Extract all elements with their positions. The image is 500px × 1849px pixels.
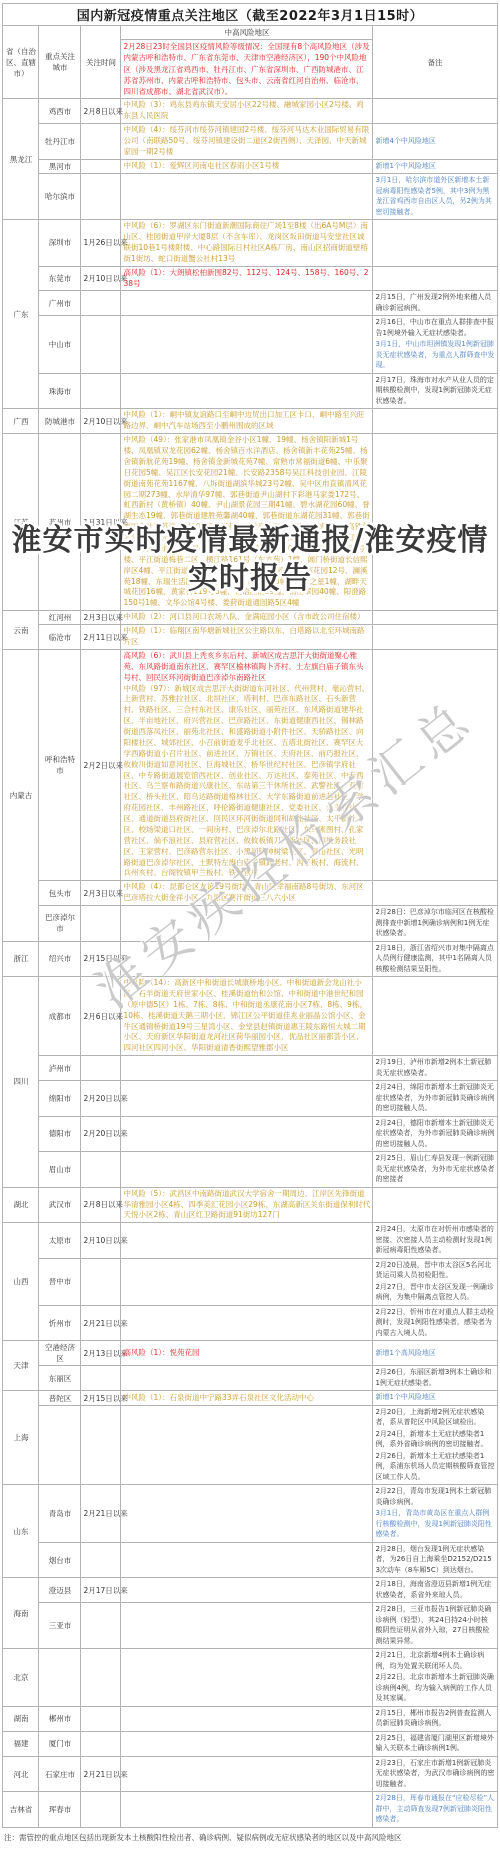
note-cell: 2月18日，浙江省绍兴市对集中隔离点人员例行健康监测，其中1名隔离人员核酸检测结… bbox=[373, 941, 497, 977]
risk-cell bbox=[121, 1366, 373, 1391]
table-row: 河北石家庄市2月21日以来2月23日，石家庄市新增1例新冠肺炎无症状感染者，为武… bbox=[3, 1756, 497, 1792]
city-cell: 武汉市 bbox=[39, 1187, 81, 1223]
table-row: 三亚市2月28日，三亚市报告1例新冠肺炎确诊病例（轻型），其24日持24小时核酸… bbox=[3, 1603, 497, 1649]
time-cell bbox=[81, 373, 121, 409]
risk-cell: 中风险（2）：河口县河口农场八队、金满庭园小区（含市政公司住宿楼） bbox=[121, 611, 373, 625]
city-cell: 泸州市 bbox=[39, 1056, 81, 1081]
mid-risk-text: 中风险（1）：爱辉区河南屯社区春雨小区1号楼 bbox=[123, 161, 370, 172]
table-row: 珠海市2月17日，珠海市对水产从业人员的定期核酸检测中，发现1例新冠肺炎无症状感… bbox=[3, 373, 497, 409]
time-cell bbox=[81, 1649, 121, 1707]
footer-note: 注：需管控的重点地区包括出现新发本土核酸阳性检出者、确诊病例、疑似病例或无症状感… bbox=[2, 1830, 498, 1849]
city-cell: 绵阳市 bbox=[39, 1081, 81, 1117]
note-cell: 2月22日，青岛市发现1例本土新冠肺炎确诊病例。3月1日，青岛市黄岛区在重点人群… bbox=[373, 1485, 497, 1543]
province-cell: 湖北 bbox=[3, 1187, 39, 1223]
time-cell bbox=[81, 906, 121, 942]
table-row: 临沧市2月11日以来中风险（1）：临翔区南华塘新城社区公主路以东、白塔路以北至环… bbox=[3, 625, 497, 650]
time-cell: 2月3日以来 bbox=[81, 611, 121, 625]
note-text-blue: 3月1日，中山市坦洲镇发现1例新冠肺炎无症状感染者，为重点人群筛查中发现。 bbox=[375, 339, 494, 371]
province-cell: 江苏 bbox=[3, 434, 39, 611]
risk-cell bbox=[121, 1706, 373, 1731]
province-cell: 浙江 bbox=[3, 941, 39, 977]
mid-risk-text: 中风险（97）：新城区成吉思汗大街街道东河社区、代州营村、毫沁营村、上新营村、苏… bbox=[123, 684, 370, 880]
time-cell: 2月6日以来 bbox=[81, 977, 121, 1056]
note-cell: 新增1个中风险地区 bbox=[373, 1391, 497, 1406]
time-cell: 2月3日以来 bbox=[81, 881, 121, 906]
high-risk-text: 高风险（6）：武川县上秃亥乡东后村、新城区成吉思汗大街街道聚心雅苑、东风路街道南… bbox=[123, 651, 370, 684]
city-cell: 眉山市 bbox=[39, 1152, 81, 1188]
time-cell: 2月10日以来 bbox=[81, 266, 121, 291]
note-cell: 2月25日，福建省厦门湖里区新增境外输入关联本土确诊病例1例。 bbox=[373, 1731, 497, 1756]
note-cell: 2月17日，珠海市对水产从业人员的定期核酸检测中，发现1例新冠肺炎无症状感染者。 bbox=[373, 373, 497, 409]
note-text-blue: 新增1个高风险地区 bbox=[375, 1348, 494, 1359]
note-text: 2月26日，新增本土无症状感染者1例，系浦东机场人员定期核酸筛查管控区域工作人员… bbox=[375, 1451, 494, 1483]
note-cell: 2月18日，海南省澄迈县新增1例无症状感染者，系省外来琼人员。 bbox=[373, 1578, 497, 1603]
note-text: 2月20日，上海新增2例无症状感染者，系从普陀区中风险区域检出。 bbox=[375, 1407, 494, 1428]
mid-risk-text: 中风险（6）：罗湖区东门街道新潮国际商住广场1至8楼（出6A号M层）南山区、桂园… bbox=[123, 221, 370, 265]
note-cell bbox=[373, 881, 497, 906]
note-cell: 2月15日，广州发现2例外地来穗人员确诊新冠病例。 bbox=[373, 291, 497, 316]
table-row: 广州市2月15日，广州发现2例外地来穗人员确诊新冠病例。 bbox=[3, 291, 497, 316]
time-cell: 1月26日以来 bbox=[81, 220, 121, 267]
province-cell: 山东 bbox=[3, 1485, 39, 1578]
province-cell: 吉林省 bbox=[3, 1792, 39, 1828]
table-row: 湖北武汉市2月8日以来中风险（5）：武昌区中南路街道武汉大学宿舍一期周边、江岸区… bbox=[3, 1187, 497, 1223]
note-text-blue: 新增1个中风险地区 bbox=[375, 1392, 494, 1403]
risk-cell bbox=[121, 373, 373, 409]
table-row: 四川成都市2月6日以来中风险（14）：高新区中和街道长城康桥地小区、中和街道新会… bbox=[3, 977, 497, 1056]
mid-risk-text: 中风险（5）：武昌区中南路街道武汉大学宿舍一期周边、江岸区先锋街道华清雅园小区4… bbox=[123, 1189, 370, 1222]
time-cell bbox=[81, 174, 121, 220]
risk-cell: 中风险（1）：石泉街道中宁路33弄石泉社区文化活动中心 bbox=[121, 1391, 373, 1406]
risk-cell bbox=[121, 174, 373, 220]
table-row: 天津空港经济区2月13日以来高风险（1）：悦苑花园新增1个高风险地区 bbox=[3, 1341, 497, 1366]
note-text: 2月16日，中山市在重点人群排查中报告1例境外输入无症状感染者。 bbox=[375, 317, 494, 338]
risk-cell bbox=[121, 1485, 373, 1543]
note-text: 2月15日，广州发现2例外地来穗人员确诊新冠病例。 bbox=[375, 292, 494, 313]
time-cell: 2月10日以来 bbox=[81, 1223, 121, 1259]
risk-cell bbox=[121, 1223, 373, 1259]
risk-cell: 中风险（1）：临翔区南华塘新城社区公主路以东、白塔路以北至环城南路片区 bbox=[121, 625, 373, 650]
mid-risk-text: 中风险（3）：鸡东县鸡东镇天安居小区22号楼、融城家园小区2号楼、鸡东县人民医院 bbox=[123, 100, 370, 122]
risk-cell bbox=[121, 1542, 373, 1578]
time-cell bbox=[81, 1603, 121, 1649]
column-header-time: 关注时间 bbox=[81, 26, 121, 99]
high-risk-text: 高风险（1）：大朗镇松柏新围82号、112号、124号、158号、160号、23… bbox=[123, 268, 370, 290]
risk-table: 国内新冠疫情重点关注地区（截至2022年3月1日15时） 省（自治区、直辖市） … bbox=[2, 3, 497, 1828]
note-cell: 新增1个中风险地区 bbox=[373, 159, 497, 174]
title-row: 国内新冠疫情重点关注地区（截至2022年3月1日15时） bbox=[3, 4, 497, 26]
note-text: 2月24日，太原市在对忻州市感染者的密接、次密接人员主动检测时发现1例新冠病毒阳… bbox=[375, 1224, 494, 1256]
risk-cell: 中风险（49）：张家港市凤凰镇金谷小区1幢、19幢、杨舍镇阳新城1号楼、凤凰镇双… bbox=[121, 434, 373, 611]
time-cell bbox=[81, 1792, 121, 1828]
province-cell: 云南 bbox=[3, 611, 39, 650]
table-row: 2月20日，上海新增2例无症状感染者，系从普陀区中风险区域检出。2月24日，新增… bbox=[3, 1405, 497, 1485]
page-title: 国内新冠疫情重点关注地区（截至2022年3月1日15时） bbox=[3, 4, 497, 26]
note-cell bbox=[373, 266, 497, 291]
mid-risk-text: 中风险（2）：河口县河口农场八队、金满庭园小区（含市政公司住宿楼） bbox=[123, 612, 370, 623]
city-cell: 红河州 bbox=[39, 611, 81, 625]
time-cell bbox=[81, 291, 121, 316]
time-cell: 1月31日以来 bbox=[81, 434, 121, 611]
city-cell: 忻州市 bbox=[39, 1305, 81, 1341]
risk-cell bbox=[121, 941, 373, 977]
risk-cell: 高风险（1）：悦苑花园 bbox=[121, 1341, 373, 1366]
risk-cell bbox=[121, 1152, 373, 1188]
note-cell: 2月24日，德阳市新增本土新冠肺炎无症状感染者，为外市新冠肺炎确诊病例的密切接触… bbox=[373, 1116, 497, 1152]
city-cell: 深圳市 bbox=[39, 220, 81, 267]
city-cell: 东丽区 bbox=[39, 1366, 81, 1391]
table-row: 江苏苏州市1月31日以来中风险（49）：张家港市凤凰镇金谷小区1幢、19幢、杨舍… bbox=[3, 434, 497, 611]
time-cell: 2月17日以来 bbox=[81, 1578, 121, 1603]
table-row: 泸州市2月19日，泸州市新增2例本土新冠肺炎无症状感染者。 bbox=[3, 1056, 497, 1081]
note-text-blue: 新增4个中风险地区 bbox=[375, 136, 494, 147]
note-cell: 2月20日凌晨，晋中市太谷区5名河北货运司乘人员初检阳性。2月27日，晋中市太谷… bbox=[373, 1258, 497, 1305]
note-text: 2月24日，德阳市新增本土新冠肺炎无症状感染者，为外市新冠肺炎确诊病例的密切接触… bbox=[375, 1118, 494, 1150]
table-row: 晋中市2月20日凌晨，晋中市太谷区5名河北货运司乘人员初检阳性。2月27日，晋中… bbox=[3, 1258, 497, 1305]
note-text: 2月28日，烟台发现1例无症状感染者，为26日自上海乘坐D2152/D2153次… bbox=[375, 1544, 494, 1576]
table-row: 哈尔滨市3月1日，哈尔滨市道外区新增本土新冠病毒阳性感染者5例，其中3例为黑龙江… bbox=[3, 174, 497, 220]
note-text: 2月18日，海南省澄迈县新增1例无症状感染者，系省外来琼人员。 bbox=[375, 1579, 494, 1600]
city-cell: 防城港市 bbox=[39, 409, 81, 434]
note-cell: 2月24日，太原市在对忻州市感染者的密接、次密接人员主动检测时发现1例新冠病毒阳… bbox=[373, 1223, 497, 1259]
province-cell: 黑龙江 bbox=[3, 99, 39, 220]
province-cell: 上海 bbox=[3, 1391, 39, 1485]
note-cell: 2月28日，烟台发现1例无症状感染者，为26日自上海乘坐D2152/D2153次… bbox=[373, 1542, 497, 1578]
note-cell bbox=[373, 220, 497, 267]
table-row: 湖南郴州市2月15日，郴州市报告2例普查监测人员新冠肺炎确诊病例。 bbox=[3, 1706, 497, 1731]
risk-cell bbox=[121, 1405, 373, 1485]
risk-cell bbox=[121, 1731, 373, 1756]
mid-risk-text: 中风险（1）：石泉街道中宁路33弄石泉社区文化活动中心 bbox=[123, 1393, 370, 1404]
time-cell: 2月21日以来 bbox=[81, 1485, 121, 1543]
province-cell: 山西 bbox=[3, 1223, 39, 1341]
note-cell: 2月28日，三亚市报告1例新冠肺炎确诊病例（轻型），其24日持24小时核酸阴性证… bbox=[373, 1603, 497, 1649]
note-cell bbox=[373, 649, 497, 880]
province-cell: 河北 bbox=[3, 1756, 39, 1792]
note-cell: 2月28日：巴彦淖尔市临河区在核酸检测排查中新增1例确诊病例和1例无症状感染者。 bbox=[373, 906, 497, 942]
table-row: 云南红河州2月3日以来中风险（2）：河口县河口农场八队、金满庭园小区（含市政公司… bbox=[3, 611, 497, 625]
note-text-blue: 2月28日，珲春市通报在“应检尽检”人群中，主动筛查发现7例新冠肺炎阳性感染者。 bbox=[375, 1793, 494, 1825]
note-cell bbox=[373, 625, 497, 650]
time-cell bbox=[81, 1731, 121, 1756]
column-header-note: 备注 bbox=[373, 26, 497, 99]
note-cell bbox=[373, 977, 497, 1056]
note-text: 2月28日，三亚市报告1例新冠肺炎确诊病例（轻型），其24日持24小时核酸阴性证… bbox=[375, 1604, 494, 1646]
mid-risk-text: 中风险（49）：张家港市凤凰镇金谷小区1幢、19幢、杨舍镇阳新城1号楼、凤凰镇双… bbox=[123, 435, 370, 609]
province-cell: 广东 bbox=[3, 220, 39, 409]
time-cell: 2月20日以来 bbox=[81, 1116, 121, 1152]
province-cell: 海南 bbox=[3, 1578, 39, 1649]
note-text: 2月26日，东丽区新增3例本土确诊和1例无症状感染者。 bbox=[375, 1367, 494, 1388]
note-cell: 2月21日，北京新增4例本土确诊病例，均为处置关联闭环人员。2月22日，北京市新… bbox=[373, 1649, 497, 1707]
city-cell bbox=[39, 1405, 81, 1485]
risk-cell bbox=[121, 1056, 373, 1081]
report-page: 国内新冠疫情重点关注地区（截至2022年3月1日15时） 省（自治区、直辖市） … bbox=[0, 0, 500, 1849]
city-cell: 三亚市 bbox=[39, 1603, 81, 1649]
note-text: 2月25日，眉山仁寿县发现一例新冠肺炎无症状感染者，为外市无症状感染者的密接者 bbox=[375, 1153, 494, 1185]
note-cell: 新增1个高风险地区 bbox=[373, 1341, 497, 1366]
time-cell: 2月21日以来 bbox=[81, 1756, 121, 1792]
note-text: 2月22日，北京市新增本土新冠肺炎确诊病例4例，均为输入病例的工作人员及其家属。 bbox=[375, 1672, 494, 1704]
city-cell: 德阳市 bbox=[39, 1116, 81, 1152]
note-cell bbox=[373, 409, 497, 434]
note-text: 2月20日凌晨，晋中市太谷区5名河北货运司乘人员初检阳性。 bbox=[375, 1260, 494, 1281]
note-text: 2月24日，绵阳市新增本土新冠肺炎无症状感染者，为外市新冠肺炎确诊病例的密切接触… bbox=[375, 1082, 494, 1114]
risk-cell bbox=[121, 1258, 373, 1305]
risk-cell bbox=[121, 906, 373, 942]
time-cell bbox=[81, 1706, 121, 1731]
city-cell: 青岛市 bbox=[39, 1485, 81, 1543]
note-cell bbox=[373, 1187, 497, 1223]
high-risk-text: 高风险（1）：悦苑花园 bbox=[123, 1348, 370, 1359]
table-row: 中山市2月16日，中山市在重点人群排查中报告1例境外输入无症状感染者。3月1日，… bbox=[3, 316, 497, 374]
note-cell: 2月25日，眉山仁寿县发现一例新冠肺炎无症状感染者，为外市无症状感染者的密接者 bbox=[373, 1152, 497, 1188]
province-cell: 北京 bbox=[3, 1649, 39, 1707]
table-row: 忻州市2月21日以来2月22日，忻州市在对重点人群主动检测时，发现1例阳性感染者… bbox=[3, 1305, 497, 1341]
city-cell: 牡丹江市 bbox=[39, 124, 81, 160]
table-row: 广东深圳市1月26日以来中风险（6）：罗湖区东门街道新潮国际商住广场1至8楼（出… bbox=[3, 220, 497, 267]
risk-cell bbox=[121, 291, 373, 316]
note-text-blue: 新增1个中风险地区 bbox=[375, 161, 494, 172]
note-text: 2月22日，忻州市在对重点人群主动检测时，发现1例阳性感染者，感染者为内蒙古入境… bbox=[375, 1307, 494, 1339]
column-header-province: 省（自治区、直辖市） bbox=[3, 26, 39, 99]
table-row: 东莞市2月10日以来高风险（1）：大朗镇松柏新围82号、112号、124号、15… bbox=[3, 266, 497, 291]
city-cell: 烟台市 bbox=[39, 1542, 81, 1578]
city-cell: 珠海市 bbox=[39, 373, 81, 409]
city-cell: 苏州市 bbox=[39, 434, 81, 611]
table-row: 浙江绍兴市2月15日以来2月18日，浙江省绍兴市对集中隔离点人员例行健康监测，其… bbox=[3, 941, 497, 977]
note-cell: 新增4个中风险地区 bbox=[373, 124, 497, 160]
risk-cell: 中风险（6）：罗湖区东门街道新潮国际商住广场1至8楼（出6A号M层）南山区、桂园… bbox=[121, 220, 373, 267]
mid-risk-text: 中风险（4）：绥芬河市绥芬河镇建国2号楼、绥芬河马达木业国际贸易有限公司（南联路… bbox=[123, 125, 370, 158]
table-body: 黑龙江鸡西市2月8日以来中风险（3）：鸡东县鸡东镇天安居小区22号楼、融城家园小… bbox=[3, 99, 497, 1828]
national-risk-summary: 2月28日23时全国县区疫情风险等级情况：全国现有8个高风险地区（涉及内蒙古呼和… bbox=[121, 40, 373, 99]
time-cell bbox=[81, 159, 121, 174]
column-header-row: 省（自治区、直辖市） 重点关注城市 关注时间 中高风险地区 备注 bbox=[3, 26, 497, 40]
table-row: 吉林省珲春市2月28日，珲春市通报在“应检尽检”人群中，主动筛查发现7例新冠肺炎… bbox=[3, 1792, 497, 1828]
note-text: 2月23日，石家庄市新增1例新冠肺炎无症状感染者，为武汉市确诊病例的密切接触者。 bbox=[375, 1758, 494, 1790]
column-header-city: 重点关注城市 bbox=[39, 26, 81, 99]
table-row: 上海普陀区2月15日以来中风险（1）：石泉街道中宁路33弄石泉社区文化活动中心新… bbox=[3, 1391, 497, 1406]
note-text: 2月28日：巴彦淖尔市临河区在核酸检测排查中新增1例确诊病例和1例无症状感染者。 bbox=[375, 907, 494, 939]
table-row: 烟台市2月28日，烟台发现1例无症状感染者，为26日自上海乘坐D2152/D21… bbox=[3, 1542, 497, 1578]
time-cell: 2月15日以来 bbox=[81, 1391, 121, 1406]
city-cell: 晋中市 bbox=[39, 1258, 81, 1305]
time-cell bbox=[81, 1152, 121, 1188]
province-cell: 湖南 bbox=[3, 1706, 39, 1731]
note-cell: 2月24日，绵阳市新增本土新冠肺炎无症状感染者，为外市新冠肺炎确诊病例的密切接触… bbox=[373, 1081, 497, 1117]
risk-cell bbox=[121, 1305, 373, 1341]
city-cell: 珲春市 bbox=[39, 1792, 81, 1828]
table-row: 巴彦淖尔市2月28日：巴彦淖尔市临河区在核酸检测排查中新增1例确诊病例和1例无症… bbox=[3, 906, 497, 942]
province-cell: 天津 bbox=[3, 1341, 39, 1391]
note-cell: 2月26日，东丽区新增3例本土确诊和1例无症状感染者。 bbox=[373, 1366, 497, 1391]
note-text: 2月24日，新增本土无症状感染者1例，系外省确诊病例的密切接触者。 bbox=[375, 1429, 494, 1450]
city-cell: 巴彦淖尔市 bbox=[39, 906, 81, 942]
time-cell: 2月21日以来 bbox=[81, 1305, 121, 1341]
table-row: 北京2月21日，北京新增4例本土确诊病例，均为处置关联闭环人员。2月22日，北京… bbox=[3, 1649, 497, 1707]
time-cell bbox=[81, 1405, 121, 1485]
time-cell: 2月8日以来 bbox=[81, 1187, 121, 1223]
city-cell: 鸡西市 bbox=[39, 99, 81, 124]
risk-cell bbox=[121, 1792, 373, 1828]
city-cell: 太原市 bbox=[39, 1223, 81, 1259]
risk-cell bbox=[121, 1649, 373, 1707]
risk-cell bbox=[121, 1603, 373, 1649]
province-cell: 四川 bbox=[3, 977, 39, 1188]
note-text: 2月21日，北京新增4例本土确诊病例，均为处置关联闭环人员。 bbox=[375, 1650, 494, 1671]
note-text: 2月18日，浙江省绍兴市对集中隔离点人员例行健康监测，其中1名隔离人员核酸检测结… bbox=[375, 943, 494, 975]
time-cell bbox=[81, 1056, 121, 1081]
mid-risk-text: 中风险（1）：临翔区南华塘新城社区公主路以东、白塔路以北至环城南路片区 bbox=[123, 626, 370, 648]
city-cell: 厦门市 bbox=[39, 1731, 81, 1756]
table-row: 东丽区2月26日，东丽区新增3例本土确诊和1例无症状感染者。 bbox=[3, 1366, 497, 1391]
city-cell: 石家庄市 bbox=[39, 1756, 81, 1792]
province-cell: 福建 bbox=[3, 1731, 39, 1756]
risk-cell bbox=[121, 1578, 373, 1603]
risk-cell bbox=[121, 1756, 373, 1792]
mid-risk-text: 中风险（4）：昆都仑区友谊19号街坊、青山区幸福南路8号街坊、东河区巴彦塔拉大街… bbox=[123, 882, 370, 904]
risk-cell bbox=[121, 316, 373, 374]
note-text: 2月15日，郴州市报告2例普查监测人员新冠肺炎确诊病例。 bbox=[375, 1708, 494, 1729]
time-cell: 2月15日以来 bbox=[81, 941, 121, 977]
table-row: 黑河市中风险（1）：爱辉区河南屯社区春雨小区1号楼新增1个中风险地区 bbox=[3, 159, 497, 174]
note-cell: 2月22日，忻州市在对重点人群主动检测时，发现1例阳性感染者，感染者为内蒙古入境… bbox=[373, 1305, 497, 1341]
table-row: 包头市2月3日以来中风险（4）：昆都仑区友谊19号街坊、青山区幸福南路8号街坊、… bbox=[3, 881, 497, 906]
city-cell: 普陀区 bbox=[39, 1391, 81, 1406]
city-cell: 中山市 bbox=[39, 316, 81, 374]
time-cell: 2月11日以来 bbox=[81, 625, 121, 650]
time-cell bbox=[81, 1366, 121, 1391]
table-row: 牡丹江市中风险（4）：绥芬河市绥芬河镇建国2号楼、绥芬河马达木业国际贸易有限公司… bbox=[3, 124, 497, 160]
risk-cell bbox=[121, 1081, 373, 1117]
city-cell: 临沧市 bbox=[39, 625, 81, 650]
note-text-blue: 3月1日，青岛市黄岛区在重点人群例行核酸检测中，发现1例新冠肺炎阳性感染者。 bbox=[375, 1508, 494, 1540]
city-cell: 呼和浩特市 bbox=[39, 649, 81, 880]
table-row: 黑龙江鸡西市2月8日以来中风险（3）：鸡东县鸡东镇天安居小区22号楼、融城家园小… bbox=[3, 99, 497, 124]
note-cell: 2月23日，石家庄市新增1例新冠肺炎无症状感染者，为武汉市确诊病例的密切接触者。 bbox=[373, 1756, 497, 1792]
table-row: 广西防城港市2月10日以来中风险（1）：峒中镇友谊路口至峒中边贸出口加工区卡口、… bbox=[3, 409, 497, 434]
city-cell: 空港经济区 bbox=[39, 1341, 81, 1366]
note-text-blue: 3月1日，哈尔滨市道外区新增本土新冠病毒阳性感染者5例，其中3例为黑龙江省鸡西市… bbox=[375, 175, 494, 217]
time-cell: 2月20日以来 bbox=[81, 1081, 121, 1117]
note-cell: 2月19日，泸州市新增2例本土新冠肺炎无症状感染者。 bbox=[373, 1056, 497, 1081]
table-row: 德阳市2月20日以来2月24日，德阳市新增本土新冠肺炎无症状感染者，为外市新冠肺… bbox=[3, 1116, 497, 1152]
city-cell: 广州市 bbox=[39, 291, 81, 316]
table-row: 眉山市2月25日，眉山仁寿县发现一例新冠肺炎无症状感染者，为外市无症状感染者的密… bbox=[3, 1152, 497, 1188]
city-cell: 包头市 bbox=[39, 881, 81, 906]
city-cell: 成都市 bbox=[39, 977, 81, 1056]
table-row: 山西太原市2月10日以来2月24日，太原市在对忻州市感染者的密接、次密接人员主动… bbox=[3, 1223, 497, 1259]
risk-cell: 中风险（1）：爱辉区河南屯社区春雨小区1号楼 bbox=[121, 159, 373, 174]
note-cell: 3月1日，哈尔滨市道外区新增本土新冠病毒阳性感染者5例，其中3例为黑龙江省鸡西市… bbox=[373, 174, 497, 220]
risk-cell: 中风险（4）：昆都仑区友谊19号街坊、青山区幸福南路8号街坊、东河区巴彦塔拉大街… bbox=[121, 881, 373, 906]
note-text: 2月17日，珠海市对水产从业人员的定期核酸检测中，发现1例新冠肺炎无症状感染者。 bbox=[375, 375, 494, 407]
risk-cell: 中风险（14）：高新区中和街道长城康桥地小区、中和街道新会龙山社小区、石羊街道天… bbox=[121, 977, 373, 1056]
note-cell: 2月15日，郴州市报告2例普查监测人员新冠肺炎确诊病例。 bbox=[373, 1706, 497, 1731]
risk-cell: 中风险（3）：鸡东县鸡东镇天安居小区22号楼、融城家园小区2号楼、鸡东县人民医院 bbox=[121, 99, 373, 124]
risk-cell: 中风险（4）：绥芬河市绥芬河镇建国2号楼、绥芬河马达木业国际贸易有限公司（南联路… bbox=[121, 124, 373, 160]
city-cell: 哈尔滨市 bbox=[39, 174, 81, 220]
table-row: 山东青岛市2月21日以来2月22日，青岛市发现1例本土新冠肺炎确诊病例。3月1日… bbox=[3, 1485, 497, 1543]
risk-cell: 高风险（1）：大朗镇松柏新围82号、112号、124号、158号、160号、23… bbox=[121, 266, 373, 291]
note-cell bbox=[373, 434, 497, 611]
time-cell: 2月10日以来 bbox=[81, 409, 121, 434]
time-cell: 2月13日以来 bbox=[81, 1341, 121, 1366]
time-cell bbox=[81, 124, 121, 160]
table-row: 绵阳市2月20日以来2月24日，绵阳市新增本土新冠肺炎无症状感染者，为外市新冠肺… bbox=[3, 1081, 497, 1117]
city-cell: 绍兴市 bbox=[39, 941, 81, 977]
risk-cell bbox=[121, 1116, 373, 1152]
mid-risk-text: 中风险（1）：峒中镇友谊路口至峒中边贸出口加工区卡口、峒中路至兴旺路边界、峒中汽… bbox=[123, 410, 370, 432]
table-row: 海南澄迈县2月17日以来2月18日，海南省澄迈县新增1例无症状感染者，系省外来琼… bbox=[3, 1578, 497, 1603]
time-cell bbox=[81, 1258, 121, 1305]
note-cell: 2月16日，中山市在重点人群排查中报告1例境外输入无症状感染者。3月1日，中山市… bbox=[373, 316, 497, 374]
time-cell bbox=[81, 1542, 121, 1578]
note-text: 2月22日，青岛市发现1例本土新冠肺炎确诊病例。 bbox=[375, 1486, 494, 1507]
time-cell bbox=[81, 316, 121, 374]
city-cell: 东莞市 bbox=[39, 266, 81, 291]
province-cell: 广西 bbox=[3, 409, 39, 434]
note-text: 2月27日，晋中市太谷区发现一例确诊病例，为集中隔离点管控人员。 bbox=[375, 1282, 494, 1303]
note-text: 2月19日，泸州市新增2例本土新冠肺炎无症状感染者。 bbox=[375, 1057, 494, 1078]
column-header-risk: 中高风险地区 bbox=[121, 26, 373, 40]
note-cell: 2月20日，上海新增2例无症状感染者，系从普陀区中风险区域检出。2月24日，新增… bbox=[373, 1405, 497, 1485]
time-cell: 2月8日以来 bbox=[81, 99, 121, 124]
note-cell bbox=[373, 99, 497, 124]
city-cell bbox=[39, 1649, 81, 1707]
city-cell: 澄迈县 bbox=[39, 1578, 81, 1603]
table-row: 福建厦门市2月25日，福建省厦门湖里区新增境外输入关联本土确诊病例1例。 bbox=[3, 1731, 497, 1756]
note-text: 2月25日，福建省厦门湖里区新增境外输入关联本土确诊病例1例。 bbox=[375, 1733, 494, 1754]
city-cell: 黑河市 bbox=[39, 159, 81, 174]
note-cell bbox=[373, 611, 497, 625]
time-cell: 2月2日以来 bbox=[81, 649, 121, 880]
risk-cell: 中风险（5）：武昌区中南路街道武汉大学宿舍一期周边、江岸区先锋街道华清雅园小区4… bbox=[121, 1187, 373, 1223]
risk-cell: 高风险（6）：武川县上秃亥乡东后村、新城区成吉思汗大街街道聚心雅苑、东风路街道南… bbox=[121, 649, 373, 880]
table-row: 内蒙古呼和浩特市2月2日以来高风险（6）：武川县上秃亥乡东后村、新城区成吉思汗大… bbox=[3, 649, 497, 880]
note-cell: 2月28日，珲春市通报在“应检尽检”人群中，主动筛查发现7例新冠肺炎阳性感染者。 bbox=[373, 1792, 497, 1828]
province-cell: 内蒙古 bbox=[3, 649, 39, 941]
city-cell: 郴州市 bbox=[39, 1706, 81, 1731]
risk-cell: 中风险（1）：峒中镇友谊路口至峒中边贸出口加工区卡口、峒中路至兴旺路边界、峒中汽… bbox=[121, 409, 373, 434]
mid-risk-text: 中风险（14）：高新区中和街道长城康桥地小区、中和街道新会龙山社小区、石羊街道天… bbox=[123, 978, 370, 1054]
